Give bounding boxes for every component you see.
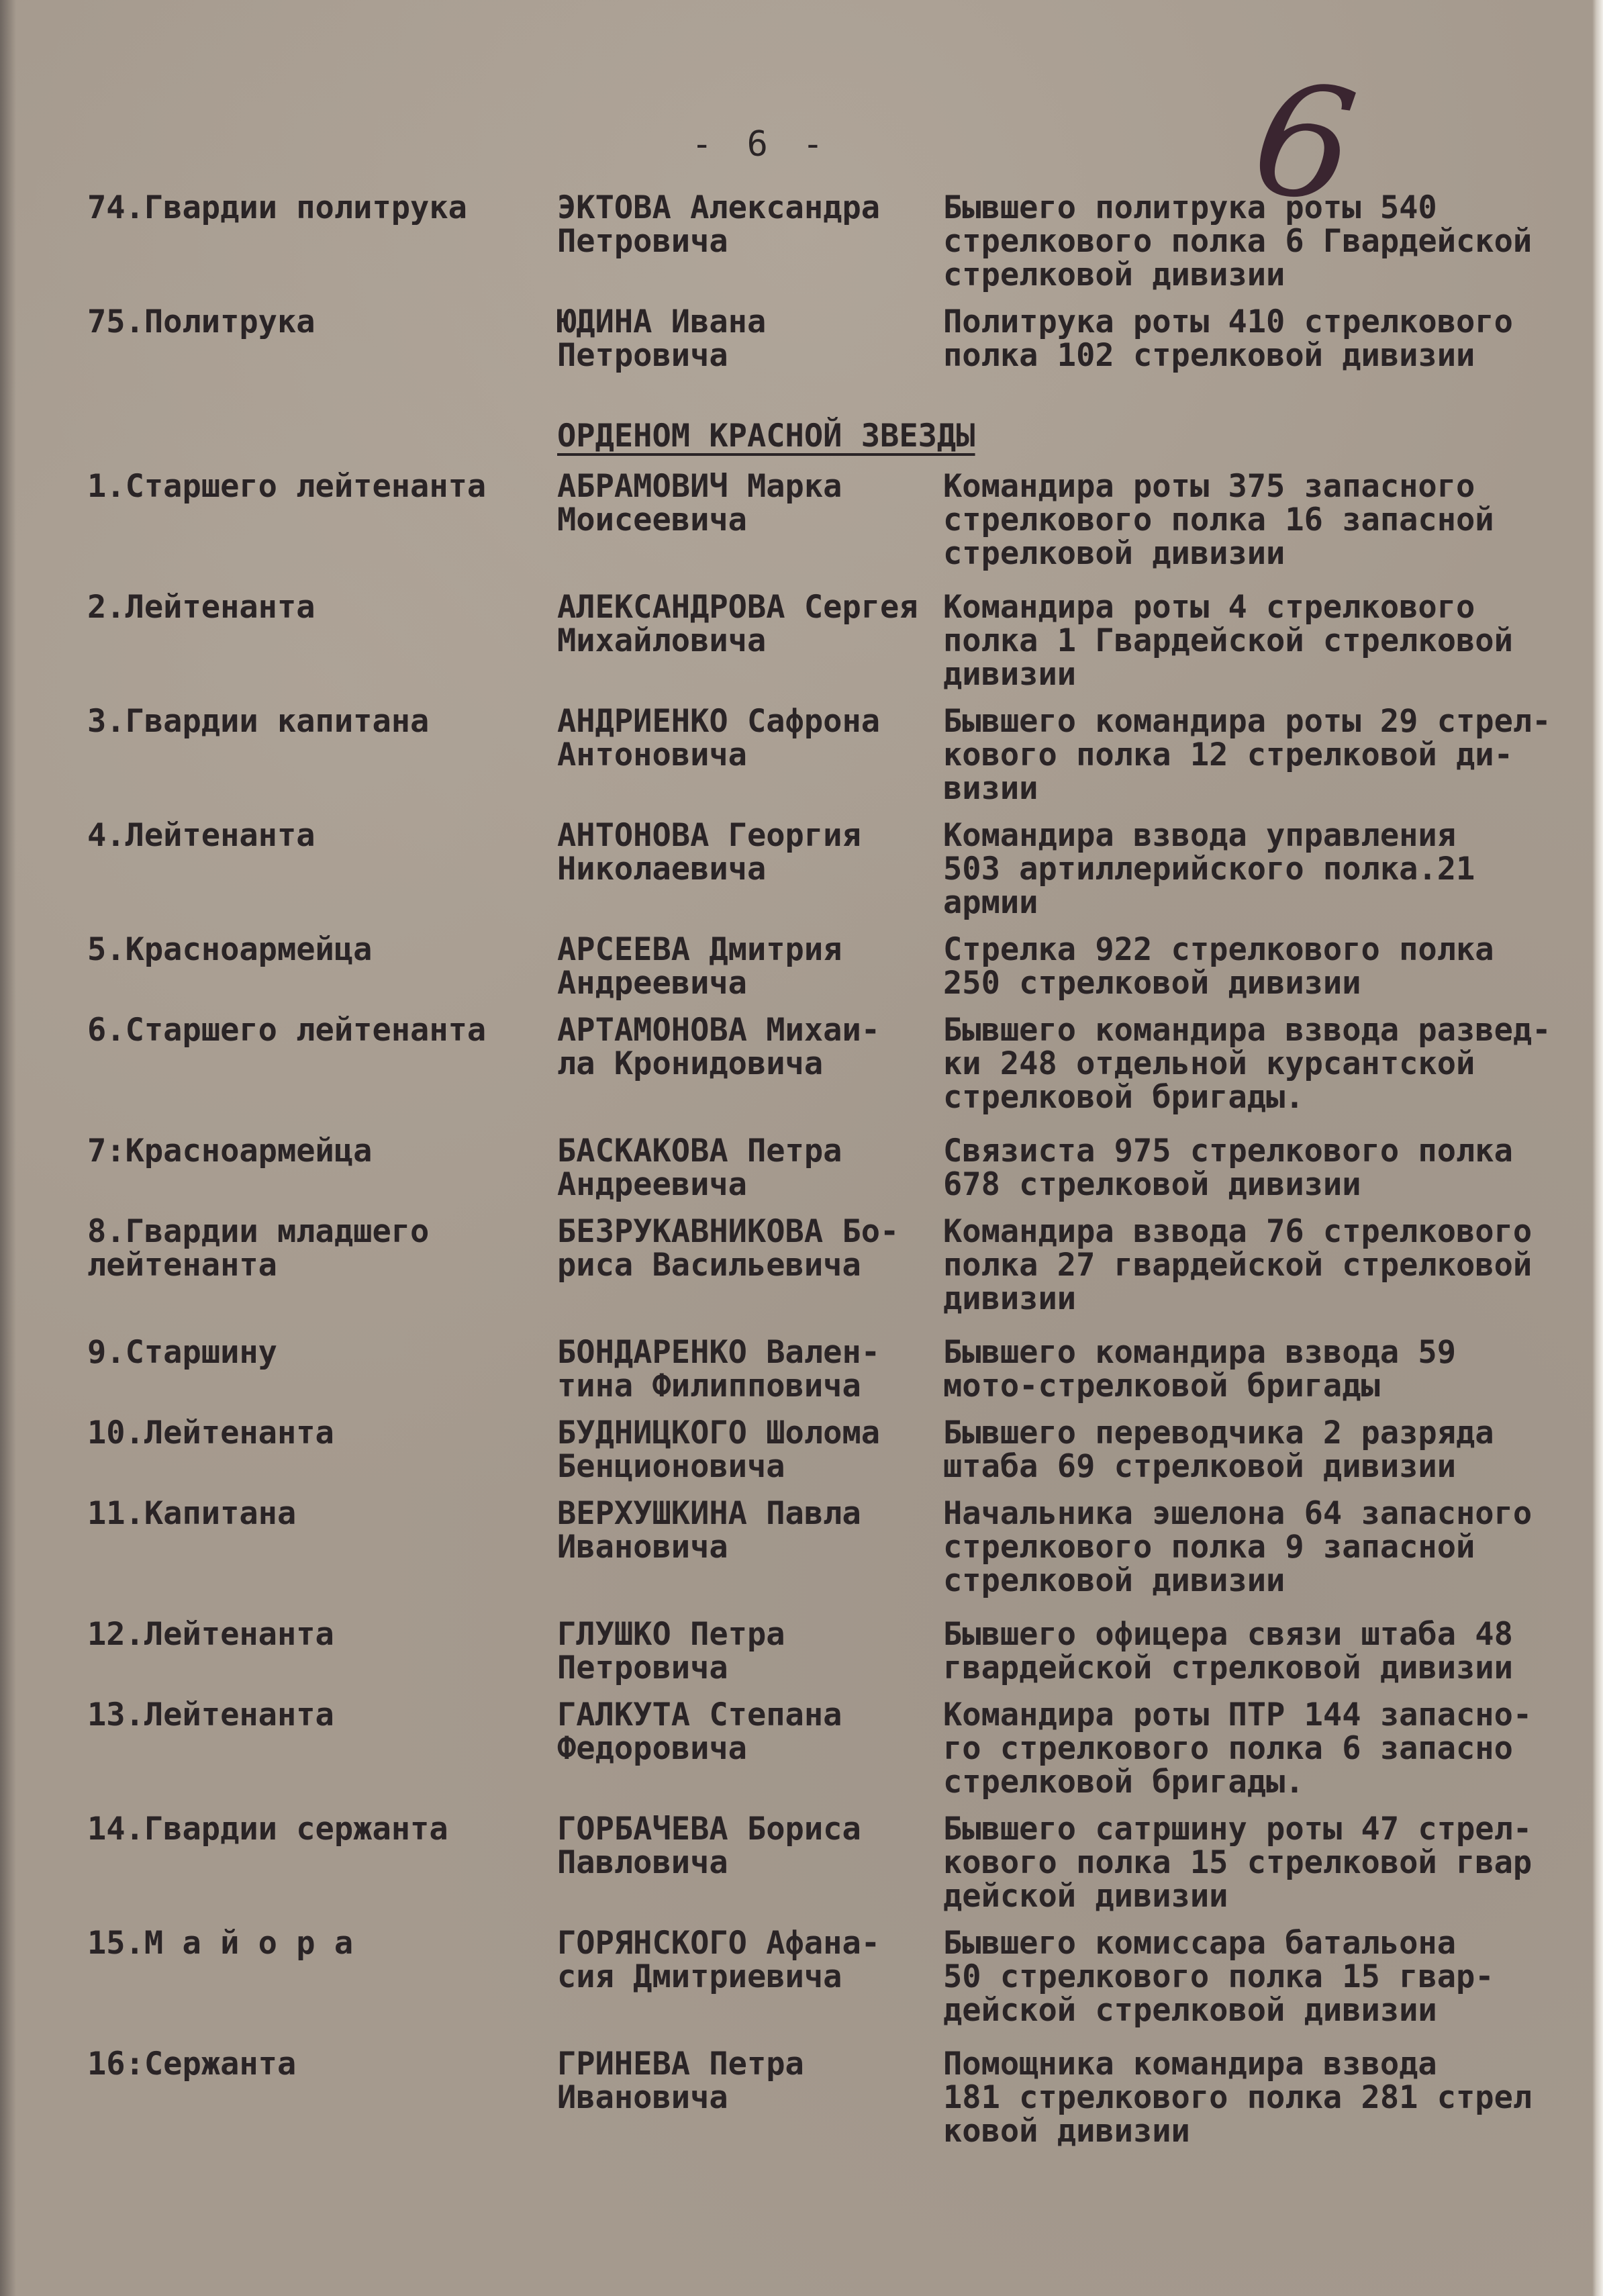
entry-desc-line: стрелкового полка 6 Гвардейской	[943, 225, 1588, 258]
entry-rank: 13.Лейтенанта	[87, 1699, 544, 1732]
entry-name-line: ВЕРХУШКИНА Павла	[557, 1497, 946, 1531]
entry-rank-line: 10.Лейтенанта	[87, 1417, 544, 1450]
entry-desc-line: Командира роты 4 стрелкового	[943, 591, 1588, 624]
entry-name-line: Андреевича	[557, 1168, 946, 1202]
entry-name: БОНДАРЕНКО Вален-тина Филипповича	[557, 1336, 946, 1403]
entry-name-line: АНДРИЕНКО Сафрона	[557, 705, 946, 738]
entry-rank-line: 12.Лейтенанта	[87, 1618, 544, 1652]
entry-name-line: БАСКАКОВА Петра	[557, 1135, 946, 1168]
entry-name: АНДРИЕНКО СафронаАнтоновича	[557, 705, 946, 772]
entry-rank-line: 5.Красноармейца	[87, 933, 544, 967]
paper-edge-left	[0, 0, 16, 2296]
entry-desc: Бывшего комиссара батальона50 стрелковог…	[943, 1927, 1588, 2027]
entry-name-line: Ивановича	[557, 2081, 946, 2115]
entry-name-line: Петровича	[557, 225, 946, 258]
entry-name: ЭКТОВА АлександраПетровича	[557, 191, 946, 258]
entry-name: АНТОНОВА ГеоргияНиколаевича	[557, 819, 946, 886]
entry-rank: 12.Лейтенанта	[87, 1618, 544, 1652]
entry-desc-line: стрелковой бригады.	[943, 1081, 1588, 1114]
entry-name: БУДНИЦКОГО ШоломаБенционовича	[557, 1417, 946, 1484]
entry-desc: Командира взвода управления503 артиллери…	[943, 819, 1588, 920]
entry-desc-line: кового полка 12 стрелковой ди-	[943, 738, 1588, 772]
entry-rank-line: 74.Гвардии политрука	[87, 191, 544, 225]
entry-desc-line: Бывшего сатршину роты 47 стрел-	[943, 1813, 1588, 1846]
entry-desc-line: кового полка 15 стрелковой гвар	[943, 1846, 1588, 1880]
entry-name: ГОРБАЧЕВА БорисаПавловича	[557, 1813, 946, 1880]
entry-rank-line: 11.Капитана	[87, 1497, 544, 1531]
entry-desc-line: дивизии	[943, 1282, 1588, 1316]
entry-name: БЕЗРУКАВНИКОВА Бо-риса Васильевича	[557, 1215, 946, 1282]
entry-rank: 75.Политрука	[87, 305, 544, 339]
entry-name: БАСКАКОВА ПетраАндреевича	[557, 1135, 946, 1202]
entry-rank: 7:Красноармейца	[87, 1135, 544, 1168]
entry-desc-line: 250 стрелковой дивизии	[943, 967, 1588, 1000]
entry-desc-line: дивизии	[943, 658, 1588, 691]
entry-desc-line: стрелковой дивизии	[943, 258, 1588, 292]
entry-rank-line: 13.Лейтенанта	[87, 1699, 544, 1732]
entry-name-line: Николаевича	[557, 853, 946, 886]
entry-desc-line: Стрелка 922 стрелкового полка	[943, 933, 1588, 967]
entry-rank: 11.Капитана	[87, 1497, 544, 1531]
entry-name-line: Ивановича	[557, 1531, 946, 1564]
entry-desc: Командира роты 375 запасногострелкового …	[943, 470, 1588, 571]
paper-edge-right	[1592, 0, 1603, 2296]
entry-rank: 2.Лейтенанта	[87, 591, 544, 624]
entry-desc: Бывшего командира взвода развед-ки 248 о…	[943, 1014, 1588, 1114]
entry-desc-line: 678 стрелковой дивизии	[943, 1168, 1588, 1202]
entry-desc-line: армии	[943, 886, 1588, 920]
section-heading: ОРДЕНОМ КРАСНОЙ ЗВЕЗДЫ	[557, 418, 975, 455]
entry-desc-line: Помощника командира взвода	[943, 2048, 1588, 2081]
entry-rank-line: 14.Гвардии сержанта	[87, 1813, 544, 1846]
entry-name-line: Павловича	[557, 1846, 946, 1880]
entry-name-line: ГЛУШКО Петра	[557, 1618, 946, 1652]
entry-name: ГРИНЕВА ПетраИвановича	[557, 2048, 946, 2115]
entry-name: ГАЛКУТА СтепанаФедоровича	[557, 1699, 946, 1766]
entry-desc-line: гвардейской стрелковой дивизии	[943, 1652, 1588, 1685]
entry-desc-line: Командира взвода 76 стрелкового	[943, 1215, 1588, 1249]
entry-name-line: АРТАМОНОВА Михаи-	[557, 1014, 946, 1047]
entry-desc-line: Бывшего командира взвода 59	[943, 1336, 1588, 1370]
entry-rank: 1.Старшего лейтенанта	[87, 470, 544, 504]
entry-name: ГОРЯНСКОГО Афана-сия Дмитриевича	[557, 1927, 946, 1994]
entry-rank-line: 75.Политрука	[87, 305, 544, 339]
entry-desc-line: Бывшего комиссара батальона	[943, 1927, 1588, 1960]
entry-desc-line: стрелковой бригады.	[943, 1766, 1588, 1799]
entry-name-line: Антоновича	[557, 738, 946, 772]
entry-rank: 14.Гвардии сержанта	[87, 1813, 544, 1846]
entry-desc-line: полка 1 Гвардейской стрелковой	[943, 624, 1588, 658]
entry-desc-line: стрелковой дивизии	[943, 537, 1588, 571]
entry-name: ВЕРХУШКИНА ПавлаИвановича	[557, 1497, 946, 1564]
entry-name-line: Бенционовича	[557, 1450, 946, 1484]
entry-desc: Начальника эшелона 64 запасногострелково…	[943, 1497, 1588, 1598]
entry-desc-line: ки 248 отдельной курсантской	[943, 1047, 1588, 1081]
entry-name-line: АНТОНОВА Георгия	[557, 819, 946, 853]
entry-rank-line: 9.Старшину	[87, 1336, 544, 1370]
entry-desc: Бывшего офицера связи штаба 48гвардейско…	[943, 1618, 1588, 1685]
entry-desc-line: 50 стрелкового полка 15 гвар-	[943, 1960, 1588, 1994]
entry-desc: Командира взвода 76 стрелковогополка 27 …	[943, 1215, 1588, 1316]
entry-desc-line: стрелковой дивизии	[943, 1564, 1588, 1598]
entry-name: АБРАМОВИЧ МаркаМоисеевича	[557, 470, 946, 537]
entry-desc: Помощника командира взвода181 стрелковог…	[943, 2048, 1588, 2148]
entry-name-line: ГОРЯНСКОГО Афана-	[557, 1927, 946, 1960]
entry-rank-line: 1.Старшего лейтенанта	[87, 470, 544, 504]
entry-desc-line: Бывшего командира роты 29 стрел-	[943, 705, 1588, 738]
entry-desc-line: дейской дивизии	[943, 1880, 1588, 1913]
entry-desc-line: полка 27 гвардейской стрелковой	[943, 1249, 1588, 1282]
entry-name: ЮДИНА ИванаПетровича	[557, 305, 946, 373]
entry-desc-line: го стрелкового полка 6 запасно	[943, 1732, 1588, 1766]
entry-desc: Стрелка 922 стрелкового полка250 стрелко…	[943, 933, 1588, 1000]
entry-name-line: ГОРБАЧЕВА Бориса	[557, 1813, 946, 1846]
entry-name: АЛЕКСАНДРОВА СергеяМихайловича	[557, 591, 946, 658]
entry-rank: 5.Красноармейца	[87, 933, 544, 967]
entry-desc-line: Политрука роты 410 стрелкового	[943, 305, 1588, 339]
entry-name-line: БОНДАРЕНКО Вален-	[557, 1336, 946, 1370]
entry-name-line: ГРИНЕВА Петра	[557, 2048, 946, 2081]
entry-rank-line: 2.Лейтенанта	[87, 591, 544, 624]
page-number: - 6 -	[691, 124, 830, 164]
entry-name-line: Петровича	[557, 339, 946, 373]
entry-rank-line: 15.М а й о р а	[87, 1927, 544, 1960]
entry-name-line: АРСЕЕВА Дмитрия	[557, 933, 946, 967]
entry-name-line: Андреевича	[557, 967, 946, 1000]
entry-desc-line: 503 артиллерийского полка.21	[943, 853, 1588, 886]
entry-desc-line: Бывшего переводчика 2 разряда	[943, 1417, 1588, 1450]
entry-name-line: ла Кронидовича	[557, 1047, 946, 1081]
entry-desc-line: штаба 69 стрелковой дивизии	[943, 1450, 1588, 1484]
entry-rank: 10.Лейтенанта	[87, 1417, 544, 1450]
entry-desc-line: Командира роты ПТР 144 запасно-	[943, 1699, 1588, 1732]
entry-rank-line: 6.Старшего лейтенанта	[87, 1014, 544, 1047]
entry-desc: Бывшего командира взвода 59мото-стрелков…	[943, 1336, 1588, 1403]
entry-rank-line: 3.Гвардии капитана	[87, 705, 544, 738]
entry-desc-line: стрелкового полка 16 запасной	[943, 504, 1588, 537]
entry-name-line: ГАЛКУТА Степана	[557, 1699, 946, 1732]
entry-name-line: БЕЗРУКАВНИКОВА Бо-	[557, 1215, 946, 1249]
entry-desc: Командира роты ПТР 144 запасно-го стрелк…	[943, 1699, 1588, 1799]
entry-name: АРСЕЕВА ДмитрияАндреевича	[557, 933, 946, 1000]
entry-desc: Политрука роты 410 стрелковогополка 102 …	[943, 305, 1588, 373]
entry-name-line: Михайловича	[557, 624, 946, 658]
entry-desc-line: Бывшего командира взвода развед-	[943, 1014, 1588, 1047]
entry-rank-line: 7:Красноармейца	[87, 1135, 544, 1168]
entry-name-line: АБРАМОВИЧ Марка	[557, 470, 946, 504]
entry-name: АРТАМОНОВА Михаи-ла Кронидовича	[557, 1014, 946, 1081]
entry-desc-line: Бывшего политрука роты 540	[943, 191, 1588, 225]
entry-name-line: ЭКТОВА Александра	[557, 191, 946, 225]
entry-desc-line: Бывшего офицера связи штаба 48	[943, 1618, 1588, 1652]
entry-name-line: Петровича	[557, 1652, 946, 1685]
entry-name: ГЛУШКО ПетраПетровича	[557, 1618, 946, 1685]
entry-rank: 15.М а й о р а	[87, 1927, 544, 1960]
entry-name-line: сия Дмитриевича	[557, 1960, 946, 1994]
entry-rank-line: 8.Гвардии младшего	[87, 1215, 544, 1249]
entry-name-line: Федоровича	[557, 1732, 946, 1766]
entry-name-line: БУДНИЦКОГО Шолома	[557, 1417, 946, 1450]
entry-desc: Связиста 975 стрелкового полка678 стрелк…	[943, 1135, 1588, 1202]
entry-rank: 3.Гвардии капитана	[87, 705, 544, 738]
entry-rank: 9.Старшину	[87, 1336, 544, 1370]
entry-desc-line: мото-стрелковой бригады	[943, 1370, 1588, 1403]
entry-desc: Бывшего командира роты 29 стрел-кового п…	[943, 705, 1588, 806]
entry-rank: 4.Лейтенанта	[87, 819, 544, 853]
entry-desc-line: визии	[943, 772, 1588, 806]
entry-rank-line: 16:Сержанта	[87, 2048, 544, 2081]
entry-rank: 6.Старшего лейтенанта	[87, 1014, 544, 1047]
entry-desc-line: 181 стрелкового полка 281 стрел	[943, 2081, 1588, 2115]
entry-desc: Бывшего политрука роты 540стрелкового по…	[943, 191, 1588, 292]
entry-desc-line: ковой дивизии	[943, 2115, 1588, 2148]
entry-desc-line: дейской стрелковой дивизии	[943, 1994, 1588, 2027]
entry-rank: 74.Гвардии политрука	[87, 191, 544, 225]
entry-rank: 8.Гвардии младшего лейтенанта	[87, 1215, 544, 1282]
entry-rank-line: 4.Лейтенанта	[87, 819, 544, 853]
entry-desc-line: полка 102 стрелковой дивизии	[943, 339, 1588, 373]
entry-name-line: Моисеевича	[557, 504, 946, 537]
entry-name-line: АЛЕКСАНДРОВА Сергея	[557, 591, 946, 624]
entry-desc-line: Командира взвода управления	[943, 819, 1588, 853]
entry-name-line: риса Васильевича	[557, 1249, 946, 1282]
entry-name-line: ЮДИНА Ивана	[557, 305, 946, 339]
entry-desc-line: Начальника эшелона 64 запасного	[943, 1497, 1588, 1531]
entry-desc-line: Связиста 975 стрелкового полка	[943, 1135, 1588, 1168]
entry-desc-line: Командира роты 375 запасного	[943, 470, 1588, 504]
entry-desc: Бывшего сатршину роты 47 стрел-кового по…	[943, 1813, 1588, 1913]
entry-rank: 16:Сержанта	[87, 2048, 544, 2081]
entry-name-line: тина Филипповича	[557, 1370, 946, 1403]
entry-desc-line: стрелкового полка 9 запасной	[943, 1531, 1588, 1564]
entry-desc: Бывшего переводчика 2 разрядаштаба 69 ст…	[943, 1417, 1588, 1484]
entry-rank-line: лейтенанта	[87, 1249, 544, 1282]
entry-desc: Командира роты 4 стрелковогополка 1 Гвар…	[943, 591, 1588, 691]
